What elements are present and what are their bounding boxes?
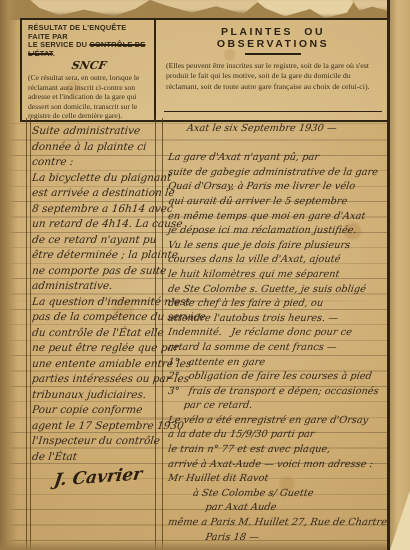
next-page-edge: [390, 0, 410, 550]
handwritten-line: tribunaux judiciaires.: [31, 388, 157, 404]
handwritten-line: Indemnité. Je réclame donc pour ce: [167, 326, 394, 341]
handwritten-line: de Ste Colombe s. Guette, je suis obligé: [167, 283, 394, 298]
handwritten-line: en même temps que moi en gare d'Axat: [167, 210, 394, 225]
complaint-text-column: Axat le six Septembre 1930 —La gare d'Ax…: [168, 122, 393, 545]
torn-paper-fragment: [255, 0, 355, 18]
header-right-cell: PLAINTES OU OBSERVATIONS (Elles peuvent …: [156, 20, 388, 120]
handwritten-line: retard la somme de cent francs —: [167, 341, 394, 356]
handwritten-line: suite de gabegie administrative de la ga…: [167, 166, 394, 181]
handwritten-line: Mr Huillet dit Ravot: [167, 472, 394, 487]
handwritten-line: du contrôle de l'État elle: [31, 326, 157, 342]
handwritten-line: à Ste Colombe s/ Guette: [167, 487, 394, 502]
left-title-suffix: .: [53, 49, 55, 58]
left-header-title: RÉSULTAT DE L'ENQUÊTE FAITE PAR LE SERVI…: [28, 24, 150, 58]
torn-paper-fragment: [30, 0, 150, 16]
handwritten-line: Pour copie conforme: [31, 403, 157, 419]
torn-corner: [390, 490, 410, 550]
header-rule-line: [164, 111, 382, 113]
handwritten-line: 2° obligation de faire les courses à pie…: [167, 370, 394, 385]
handwritten-line: a la date du 15/9/30 parti par: [167, 428, 394, 443]
handwritten-line: le huit kilomètres qui me séparent: [167, 268, 394, 283]
inspector-response-column: Suite administrativedonnée à la plainte …: [32, 124, 156, 487]
handwritten-line: donnée à la plainte ci: [31, 140, 157, 156]
handwritten-line: être déterminée ; la plainte: [31, 248, 157, 264]
ruled-writing-area: Suite administrativedonnée à la plainte …: [0, 118, 388, 550]
handwritten-line: une entente amiable entre les: [31, 357, 157, 373]
handwritten-line: Vu le sens que je dois faire plusieurs: [167, 239, 394, 254]
handwritten-line: La question d'indemnité n'est: [31, 295, 157, 311]
handwritten-line: je dépose ici ma réclamation justifiée.: [167, 224, 394, 239]
handwritten-line: pas de la compétence du service: [31, 310, 157, 326]
handwritten-line: Le vélo a été enregistré en gare d'Orsay: [167, 414, 394, 429]
handwritten-line: de ce chef à les faire à pied, ou: [167, 297, 394, 312]
handwritten-line: administrative.: [31, 279, 157, 295]
right-header-note: (Elles peuvent être inscrites sur le reg…: [166, 61, 380, 92]
handwritten-line: La bicyclette du plaignant: [31, 171, 157, 187]
handwritten-line: de l'État: [31, 450, 157, 466]
handwritten-line: courses dans la ville d'Axat, ajouté: [167, 253, 394, 268]
handwritten-line: Axat le six Septembre 1930 —: [167, 122, 394, 137]
torn-paper-edge: [0, 0, 410, 20]
handwritten-line: de ce retard n'ayant pu: [31, 233, 157, 249]
page-left-shadow: [0, 0, 18, 550]
page-bottom-shadow: [0, 540, 410, 550]
handwritten-line: l'Inspecteur du contrôle: [31, 434, 157, 450]
handwritten-line: qui aurait dû arriver le 5 septembre: [167, 195, 394, 210]
handwritten-line: ne peut être reglée que par: [31, 341, 157, 357]
handwritten-line: Suite administrative: [31, 124, 157, 140]
printed-header-box: RÉSULTAT DE L'ENQUÊTE FAITE PAR LE SERVI…: [20, 18, 390, 122]
plaintes-title: PLAINTES OU OBSERVATIONS: [166, 26, 380, 50]
handwritten-line: est arrivée a destination le: [31, 186, 157, 202]
register-page: RÉSULTAT DE L'ENQUÊTE FAITE PAR LE SERVI…: [0, 0, 410, 550]
left-header-note: (Ce résultat sera, en outre, lorsque le …: [28, 73, 150, 120]
handwritten-line: par ce retard.: [167, 399, 394, 414]
left-title-line1: RÉSULTAT DE L'ENQUÊTE FAITE PAR: [28, 23, 126, 41]
torn-paper-fragment: [150, 0, 260, 14]
margin-rule-line: [26, 118, 27, 550]
handwritten-line: arrivé à Axat-Aude — voici mon adresse :: [167, 458, 394, 473]
header-left-cell: RÉSULTAT DE L'ENQUÊTE FAITE PAR LE SERVI…: [22, 20, 156, 120]
handwritten-line: La gare d'Axat n'ayant pû, par: [167, 151, 394, 166]
handwritten-line: [167, 137, 394, 152]
handwritten-line: ne comporte pas de suite: [31, 264, 157, 280]
inspector-signature: J. Cavrier: [53, 463, 158, 490]
handwritten-line: attendre l'autobus trois heures. —: [167, 312, 394, 327]
handwritten-line: parties intéressées ou par les: [31, 372, 157, 388]
scanned-register-photo: { "document_type": "Registre de réclamat…: [0, 0, 410, 550]
handwritten-line: le train n° 77 et est avec plaque,: [167, 443, 394, 458]
handwritten-line: un retard de 4h14. La cause: [31, 217, 157, 233]
title-underline: [245, 53, 301, 55]
handwritten-line: agent le 17 Septembre 1930: [31, 419, 157, 435]
handwritten-line: Quai d'Orsay, à Paris me livrer le vélo: [167, 180, 394, 195]
handwritten-line: 3° frais de transport e dépen; occasioné…: [167, 385, 394, 400]
handwritten-line: même a Paris M. Huillet 27, Rue de Chart…: [167, 516, 394, 531]
handwritten-line: 8 septembre a 16h14 avec: [31, 202, 157, 218]
handwritten-line: par Axat Aude: [167, 501, 394, 516]
handwritten-sncf-annotation: SNCF: [27, 59, 151, 72]
handwritten-line: contre :: [31, 155, 157, 171]
handwritten-line: 1° attente en gare: [167, 356, 394, 371]
